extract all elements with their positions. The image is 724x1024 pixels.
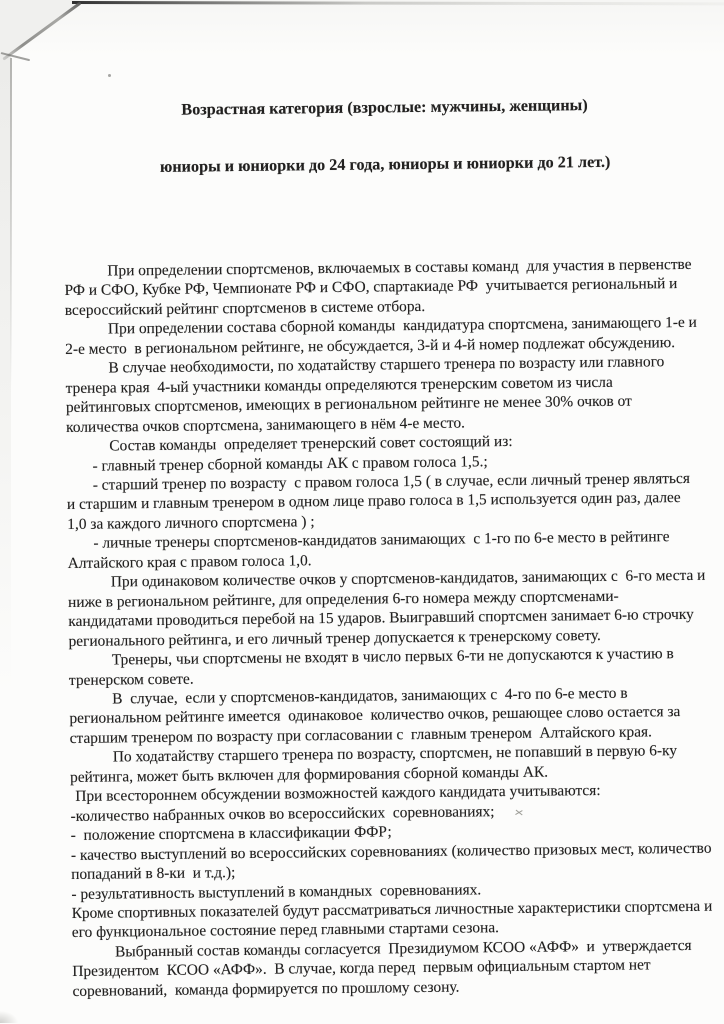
scan-corner-smudge <box>0 1011 18 1023</box>
scanned-page: Возрастная категория (взрослые: мужчины,… <box>0 0 724 1024</box>
document-paragraph: При определении спортсменов, включаемых … <box>64 255 709 321</box>
document-title: Возрастная категория (взрослые: мужчины,… <box>62 57 708 216</box>
document-text-block: Возрастная категория (взрослые: мужчины,… <box>62 57 717 1001</box>
document-title-line: Возрастная категория (взрослые: мужчины,… <box>62 95 706 121</box>
document-paragraph: В случае необходимости, по ходатайству с… <box>65 352 710 437</box>
document-paragraph: Выбранный состав команды согласуется Пре… <box>72 936 717 1002</box>
document-paragraph: - старший тренер по возрасту с правом го… <box>67 469 712 535</box>
document-body: При определении спортсменов, включаемых … <box>64 255 716 1001</box>
document-paragraph: В случае, если у спортсменов-кандидатов,… <box>69 683 714 749</box>
document-title-line: юниоры и юниорки до 24 года, юниоры и юн… <box>63 152 707 178</box>
page-fold-corner <box>0 0 86 68</box>
page-left-edge <box>10 58 12 388</box>
scanner-top-edge <box>72 1 724 5</box>
document-paragraph: При одинаковом количестве очков у спортс… <box>68 566 713 651</box>
